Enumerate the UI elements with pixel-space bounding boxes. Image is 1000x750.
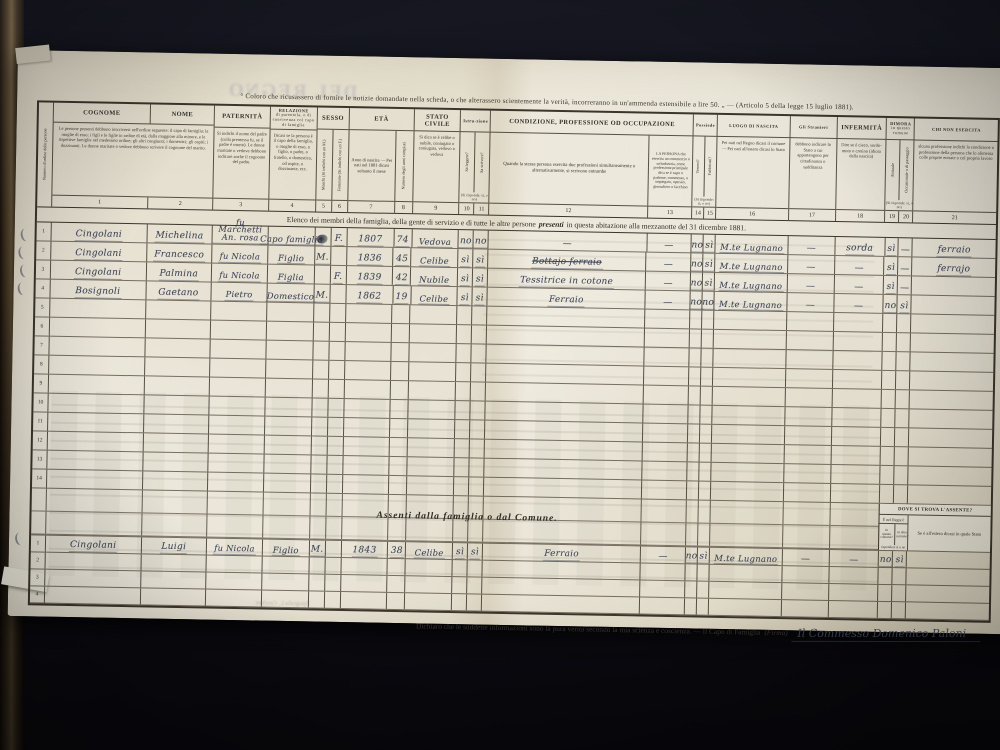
handwritten-entry: no [459,237,473,248]
cell-stran: — [788,255,835,274]
cell-cond: Bottajo ferraio [488,250,647,271]
cell-stato [410,305,457,324]
handwritten-entry: Pietro [225,291,254,301]
cell-scr [468,560,483,576]
cell-cognome [50,299,146,319]
handwritten-entry: sì [886,283,896,294]
cell-nome [140,588,206,605]
cell-chi [910,409,993,429]
cell-anni [388,576,406,592]
dimora-note: (Si risponde: sì, o no) [886,200,913,211]
cell-stato [406,576,453,593]
cell-luogo [712,406,785,425]
col-group-possiede: Possiede Terreni? Fabbricati? (Si rispon… [692,114,718,218]
cell-fab [697,599,709,615]
cell-pers [641,523,686,546]
handwritten-entry: Capo famiglia [259,234,324,246]
table-header: Numero d'ordine delle persone COGNOME NO… [37,102,998,225]
handwritten-entry: sì [698,553,708,564]
handwritten-entry: Gaetano [157,289,199,301]
cell-n: 1 [31,535,46,551]
row-number: 11 [37,418,42,424]
handwritten-entry: Michelina [154,232,204,244]
cell-nome: Francesco [147,243,213,262]
cell-chi [911,314,994,334]
row-number: 5 [41,304,44,310]
cell-f [328,399,344,417]
handwritten-entry: 1862 [356,292,382,303]
cell-cond [486,345,645,366]
cell-stran [782,600,829,617]
col-femmine-label: Femmine (Si indichi con un F.) [337,138,343,192]
cell-anni: 45 [394,248,412,266]
handwritten-entry: Cingolani [69,541,118,553]
cell-ab [881,428,895,446]
handwritten-entry: — [662,280,673,290]
cell-estero [906,602,989,620]
cell-anno [345,361,392,380]
cell-nome [141,571,207,588]
cell-leg [454,458,469,476]
cell-fab [697,582,709,598]
cell-anni [391,400,409,418]
col-occasionale-label: Occasionale o di passaggio [904,146,910,194]
col-paternita-title: PATERNITÀ [215,106,270,129]
cell-anni [390,457,408,475]
col-istruzione-title: Istru-zione [461,110,490,133]
cell-stato [410,324,457,343]
cell-ab [883,333,897,351]
cell-scr: sì [473,249,488,267]
cell-nome [145,319,211,338]
cell-stato: Vedova [412,229,459,248]
cell-chi [912,276,995,296]
cell-pers: — [646,272,691,291]
margin-pen-mark [14,531,28,546]
cell-n: 11 [33,412,48,430]
cognome-desc: Le persone presenti debbono inscriversi … [52,123,214,198]
handwritten-entry: M. [315,253,330,264]
cell-inf [830,526,880,549]
cell-nome [141,554,207,571]
cell-nome [145,357,211,376]
cell-f [326,494,342,516]
cell-f [325,592,341,608]
handwritten-entry: — [663,242,674,252]
condizione-desc: Quando la stessa persona esercita due pr… [490,133,650,206]
cell-relazione [262,591,309,608]
handwritten-entry: sì [475,294,485,305]
cell-cognome [47,451,143,471]
cell-f [327,456,343,474]
cell-stato [410,343,457,362]
cell-fab [698,524,710,546]
cell-ab [882,371,896,389]
cell-stran [782,583,829,600]
cell-cognome [49,337,145,357]
cell-m [309,574,325,590]
handwritten-entry: M.te Lugnano [713,553,778,565]
cell-nome: Michelina [147,224,213,243]
cell-a [893,568,907,584]
cell-inf [830,484,880,503]
handwritten-entry: no [474,237,488,248]
cell-paternita [209,435,265,454]
cell-chi [908,466,991,486]
cell-relazione [267,322,314,341]
cell-inf [830,503,880,526]
cell-ab: sì [884,276,898,294]
cell-fab: sì [703,254,715,272]
cell-nome [143,433,209,452]
cell-f [328,380,344,398]
cell-f [329,323,345,341]
handwritten-entry: no [690,241,704,252]
cell-anno [344,380,391,399]
cell-fab [699,482,711,500]
cell-fab [700,444,712,462]
cell-oc [894,485,908,503]
cell-luogo [712,444,785,463]
cell-ter [689,367,701,385]
col-num-10: 10 [460,203,475,214]
cell-oc: sì [898,295,912,313]
cell-n: 6 [35,317,50,335]
cell-m [311,436,327,454]
handwritten-entry: Vedova [418,237,452,248]
cell-leg [455,439,470,457]
handwritten-entry: 19 [394,293,408,304]
cell-oc [896,390,910,408]
cell-anno: 1839 [346,266,393,285]
cell-stran [786,350,833,369]
handwritten-entry: fu Nicola [218,272,261,283]
cell-stran [783,502,830,525]
cell-relazione [262,557,309,574]
cell-m [313,341,329,359]
row-number: 7 [40,342,43,348]
cell-ab [883,314,897,332]
cell-leg [456,382,471,400]
margin-pen-mark [16,281,30,296]
cell-m: M. [310,540,326,556]
cell-stato [408,457,455,476]
cell-f [331,247,347,265]
cell-relazione [264,474,311,493]
handwritten-entry: Figlio [272,545,300,556]
cell-stran: — [787,293,834,312]
cell-relazione [266,341,313,360]
cell-n: 9 [34,374,49,392]
cell-relazione [266,360,313,379]
cell-inf [829,584,879,601]
cell-estero [906,585,989,603]
row-number: 12 [37,437,43,443]
cell-leg [457,344,472,362]
stato-desc: Si dica se è celibe o nubile, coniugato … [413,131,460,202]
cell-ab [880,485,894,503]
row-number: 3 [42,266,45,272]
cell-inf: — [834,294,884,313]
cell-chi: ferrajo [912,257,995,277]
cell-oc: — [898,276,912,294]
cell-cognome [48,413,144,433]
cell-n: 13 [32,450,47,468]
handwritten-entry: — [800,555,811,565]
row-number: 4 [36,591,39,597]
cell-ter [690,329,702,347]
cell-cond: — [489,231,648,252]
col-group-sesso: SESSO Maschi (Si indichi con un M.) Femm… [316,108,350,213]
cell-paternita: fu Nicola [212,264,268,283]
cell-cond [483,561,642,580]
cell-anno [341,592,388,609]
cell-inf [829,567,879,584]
cell-anni: 19 [393,286,411,304]
cell-paternita [210,359,266,378]
cell-luogo [714,330,787,349]
cell-f [328,418,344,436]
col-dimora-sub: in questo comune [888,126,913,136]
handwritten-entry: — [805,282,816,292]
handwritten-entry: — [848,556,859,566]
cell-stran: — [788,236,835,255]
cell-stato [409,362,456,381]
col-group-istruzione: Istru-zione Sa leggere? Sa scrivere? (Si… [460,110,492,215]
cell-ab [883,352,897,370]
cell-cond: Ferraio [488,288,647,309]
cell-a [892,585,906,601]
row-number: 8 [40,361,43,367]
cell-ter [688,405,700,423]
form: Numero d'ordine delle persone COGNOME NO… [27,100,999,644]
cell-cognome [47,489,143,513]
cell-paternita: fu Nicola [212,245,268,264]
cell-anni: 74 [394,229,412,247]
cell-ter: no [691,272,703,290]
col-group-eta: ETÀ Anno di nascita — Pei nati nel 1881 … [348,108,415,213]
cell-ter [690,348,702,366]
handwritten-entry: — [899,265,910,275]
cell-leg: sì [458,287,473,305]
cell-anni [392,343,410,361]
cell-inf [828,601,878,618]
cell-n: 4 [35,279,50,297]
row-number: 2 [42,247,45,253]
cell-oc: — [899,238,913,256]
cell-ter [687,481,699,499]
cell-m [312,398,328,416]
cell-f: F. [331,228,347,246]
col-group-cognome-nome: COGNOME NOME Le persone presenti debbono… [52,103,215,210]
cell-inf [833,351,883,370]
col-num-20: 20 [899,211,912,222]
handwritten-entry: sì [704,261,714,272]
handwritten-entry: fu Nicola [213,545,256,556]
cell-paternita [208,492,264,515]
cell-stato [408,419,455,438]
cell-cond [484,478,643,499]
handwritten-entry: no [879,556,893,567]
cell-cognome [45,587,141,605]
cell-ter [687,500,699,522]
cell-cond [482,578,641,597]
handwritten-entry: Celibe [419,256,450,267]
cell-ter: no [692,234,704,252]
cell-scr [469,477,484,495]
col-leggere-label: Sa leggere? [465,151,470,173]
col-stranieri-title: Gli Stranieri [790,116,836,139]
cell-scr [469,458,484,476]
cell-paternita [210,378,266,397]
col-num-6: 6 [332,201,347,212]
col-num-5: 5 [316,200,332,211]
cell-stran [784,483,831,502]
cell-cognome: Cingolani [46,536,142,554]
cell-nome [144,395,210,414]
cell-q [878,602,892,618]
cell-stran [785,407,832,426]
cell-stato: Celibe [412,248,459,267]
cell-nome [142,513,208,536]
cell-m: M. [315,246,331,264]
cell-a: sì [893,551,907,567]
handwritten-entry: — [853,264,864,274]
cell-oc [896,371,910,389]
cell-pers [643,424,688,443]
cell-q [879,568,893,584]
margin-pen-mark [19,263,33,278]
cell-estero [907,568,990,586]
declaration-firma: (Firma) [764,628,788,637]
cell-f [326,541,342,557]
cell-anno [343,475,390,494]
cell-luogo [713,368,786,387]
cell-cond [486,364,645,385]
cell-n: 4 [30,586,45,602]
handwritten-entry: 1843 [351,546,377,557]
handwritten-entry: — [657,553,668,563]
cell-f [329,361,345,379]
handwritten-entry: Figlio [277,253,305,264]
handwritten-entry: M.te Lugnano [718,280,783,292]
cell-pers [644,405,689,424]
handwritten-entry: sì [899,302,909,313]
cell-stran [782,566,829,583]
handwritten-entry: M. [310,545,325,556]
cell-f [327,437,343,455]
row-number: 2 [36,557,39,563]
handwritten-entry: sì [894,556,904,567]
cell-pers [643,443,688,462]
row-number: 9 [39,380,42,386]
census-sheet: DEL REGNO Tipografia L. Cecchini ° Color… [8,50,1000,634]
cell-leg [457,306,472,324]
cell-f: F. [331,266,347,284]
cell-cognome [47,470,143,490]
cell-ter [685,598,697,614]
cell-inf [831,465,881,484]
cell-cognome [49,375,145,395]
cell-estero [907,551,990,569]
cell-pers: — [647,234,692,253]
handwritten-entry: — [804,301,815,311]
cell-anno [346,304,393,323]
cell-relazione [265,417,312,436]
col-sesso-title: SESSO [317,108,348,131]
cell-f [325,575,341,591]
cell-inf [833,332,883,351]
handwritten-entry: — [853,302,864,312]
col-group-relazione: RELAZIONE di parentela, o di convivenza … [269,107,318,212]
cell-scr [472,325,487,343]
cell-stato [409,381,456,400]
cell-nome [143,471,209,490]
cell-n: 14 [32,469,47,487]
cell-fab [701,368,713,386]
row-number: 13 [37,456,43,462]
handwritten-entry: 42 [395,274,409,285]
cell-n: 3 [36,260,51,278]
rows-present: 1CingolaniMichelinafu Marchetti An. rosa… [32,222,996,506]
cell-relazione: Figlio [268,246,315,265]
cell-anno [344,418,391,437]
cell-q [878,585,892,601]
cell-ter [688,424,700,442]
cell-relazione [264,493,311,516]
cell-n [32,488,47,510]
col-num-4: 4 [269,200,315,212]
cell-nome [142,490,208,513]
cell-inf: sorda [835,237,885,256]
col-chinon-title: CHI NON ESERCITA [915,118,998,142]
cell-paternita [209,416,265,435]
cell-oc [895,466,909,484]
handwritten-entry: no [883,302,897,313]
cell-m [312,379,328,397]
cell-luogo: M.te Lugnano [710,548,783,565]
cell-oc [895,428,909,446]
cell-m [311,474,327,492]
cell-ter [690,310,702,328]
cell-chi [911,352,994,372]
cell-scr: sì [473,268,488,286]
cell-ter [687,462,699,480]
cell-nome: Luigi [141,537,207,554]
cell-pers [640,597,685,614]
cell-cognome [48,394,144,414]
cell-stato: Celibe [406,542,453,559]
cell-pers: — [646,291,691,310]
cell-f [325,558,341,574]
ink-blot [316,235,327,244]
cell-leg [453,560,468,576]
persona-desc: LA PERSONA che esercita un commercio o u… [649,136,693,207]
handwritten-entry: Francesco [153,251,205,263]
handwritten-entry: Bosignoli [74,287,121,299]
cell-luogo [713,349,786,368]
cell-paternita [208,473,264,492]
handwritten-entry: sì [460,275,470,286]
cell-scr: no [474,230,489,248]
cell-anni [391,381,409,399]
cell-stran [784,464,831,483]
handwritten-entry: sì [470,548,480,559]
cell-anno [344,399,391,418]
cell-nome: Palmina [146,262,212,281]
handwritten-entry: Ferraio [543,550,580,561]
cell-pers [642,500,687,523]
